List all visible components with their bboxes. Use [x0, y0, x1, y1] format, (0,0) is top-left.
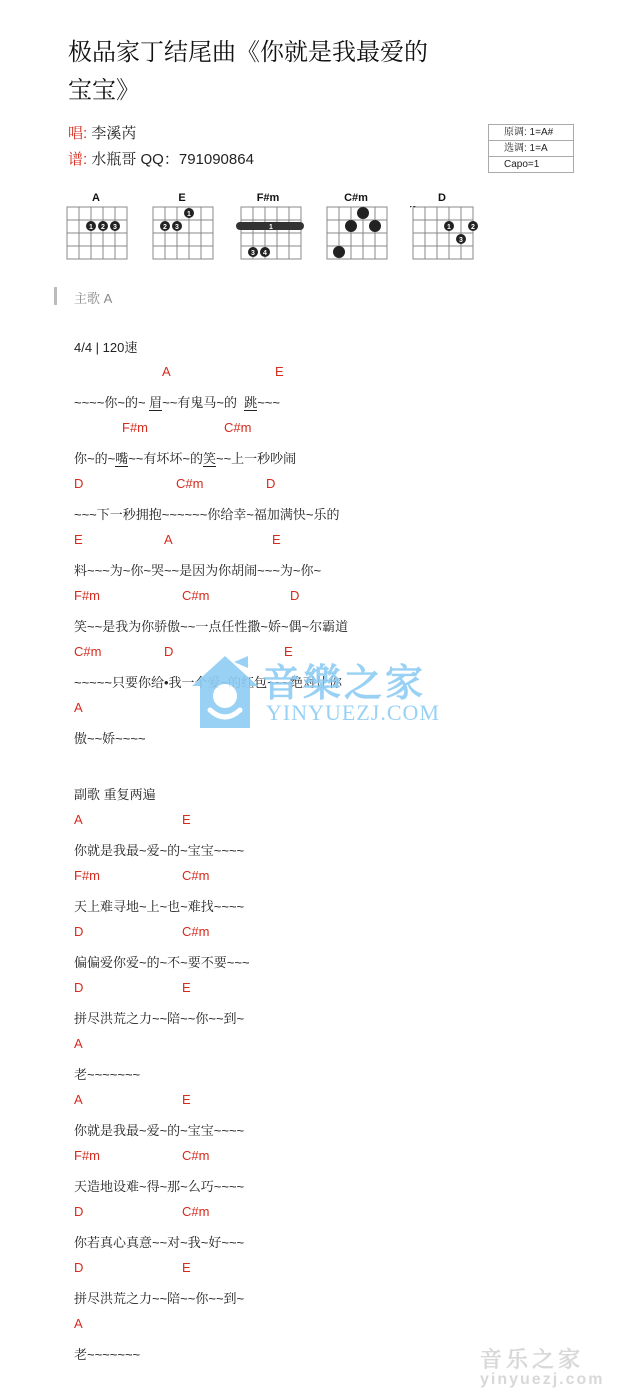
svg-text:3: 3: [113, 224, 117, 231]
arranger-line: 谱: 水瓶哥 QQ：791090864: [68, 148, 254, 169]
chord-label: D: [164, 644, 173, 659]
chord-label: A: [74, 1092, 83, 1107]
chord-row: D C#m: [74, 924, 81, 940]
fretboard-e-icon: 123: [150, 206, 214, 262]
svg-text:1: 1: [447, 224, 451, 231]
chord-row: F#m C#m: [74, 420, 81, 436]
chord-diagram-e: E 123: [150, 190, 214, 264]
chord-label: E: [182, 1092, 191, 1107]
svg-text:3: 3: [251, 250, 255, 257]
lyric-row: 料~~~为~你~哭~~是因为你胡闹~~~为~你~: [74, 560, 321, 579]
watermark: 音樂之家 YINYUEZJ.COM: [190, 652, 440, 732]
chord-label: C#m: [74, 644, 101, 659]
chord-name: E: [150, 192, 214, 204]
fretboard-a-icon: 123: [64, 206, 128, 262]
watermark-url: YINYUEZJ.COM: [266, 700, 440, 726]
chord-row: D C#m: [74, 1204, 81, 1220]
chord-row: F#m C#m: [74, 1148, 81, 1164]
chord-label: A: [74, 1036, 83, 1051]
chord-label: D: [74, 980, 83, 995]
chord-diagram-fsharp-m: F#m 134: [236, 190, 300, 264]
chord-label: A: [162, 364, 171, 379]
corner-url: yinyuezj.com: [480, 1371, 604, 1389]
fretboard-csharp-m-icon: [324, 206, 388, 262]
svg-text:1: 1: [89, 224, 93, 231]
chord-row: F#m C#m D: [74, 588, 81, 604]
lyric-row: 天上难寻地~上~也~难找~~~~: [74, 896, 244, 915]
fretboard-fsharp-m-icon: 134: [236, 206, 304, 262]
lyric-row: ~~~~~只要你给•我一个爱~的红包~~~绝对让你: [74, 672, 342, 691]
chord-name: C#m: [324, 192, 388, 204]
chord-row: F#m C#m: [74, 868, 81, 884]
chosen-key: 选调: 1=A: [489, 141, 574, 157]
corner-brand: 音乐之家: [480, 1343, 584, 1374]
svg-text:4: 4: [263, 250, 267, 257]
svg-text:3: 3: [459, 237, 463, 244]
svg-text:2: 2: [471, 224, 475, 231]
lyric-row: ~~~~你~的~ 眉~~有鬼马~的 跳~~~: [74, 392, 280, 411]
singer-name: 李溪芮: [91, 125, 136, 142]
singer-line: 唱: 李溪芮: [68, 122, 136, 143]
section-title-chorus: 副歌 重复两遍: [74, 784, 156, 803]
chord-label: D: [74, 476, 83, 491]
chord-row: A: [74, 1316, 81, 1332]
chord-label: C#m: [182, 588, 209, 603]
lyric-row: 拼尽洪荒之力~~陪~~你~~到~: [74, 1288, 244, 1307]
section-title-verse: 主歌 A: [74, 288, 112, 307]
chord-diagram-csharp-m: C#m: [324, 190, 388, 264]
chord-label: C#m: [182, 924, 209, 939]
chord-label: E: [275, 364, 284, 379]
arranger-name: 水瓶哥 QQ：791090864: [91, 151, 254, 168]
chord-label: C#m: [182, 1204, 209, 1219]
chord-label: F#m: [74, 588, 100, 603]
svg-text:3: 3: [175, 224, 179, 231]
svg-text:1: 1: [269, 224, 273, 231]
lyric-row: 拼尽洪荒之力~~陪~~你~~到~: [74, 1008, 244, 1027]
chord-label: A: [74, 812, 83, 827]
chord-row: A E: [74, 812, 81, 828]
lyric-row: 老~~~~~~~: [74, 1344, 140, 1363]
chord-label: C#m: [182, 868, 209, 883]
chord-label: D: [266, 476, 275, 491]
chord-label: E: [74, 532, 83, 547]
lyric-row: 你~的~嘴~~有坏坏~的笑~~上一秒吵闹: [74, 448, 296, 467]
svg-text:2: 2: [163, 224, 167, 231]
chord-row: E A E: [74, 532, 81, 548]
chord-row: C#m D E: [74, 644, 81, 660]
fretboard-d-icon: 123: [410, 206, 480, 262]
chord-label: A: [164, 532, 173, 547]
lyric-row: 你若真心真意~~对~我~好~~~: [74, 1232, 244, 1251]
arranger-label: 谱:: [68, 151, 87, 168]
chord-row: A: [74, 700, 81, 716]
chord-name: F#m: [236, 192, 300, 204]
svg-text:1: 1: [187, 211, 191, 218]
section-marker: [54, 287, 57, 305]
lyric-row: 偏偏爱你爱~的~不~要不要~~~: [74, 952, 250, 971]
tempo-label: 4/4 | 120速: [74, 337, 137, 356]
singer-label: 唱:: [68, 125, 87, 142]
chord-label: F#m: [74, 868, 100, 883]
chord-label: C#m: [176, 476, 203, 491]
lyric-row: ~~~下一秒拥抱~~~~~~你给幸~福加满快~乐的: [74, 504, 340, 523]
lyric-row: 你就是我最~爱~的~宝宝~~~~: [74, 1120, 244, 1139]
lyric-row: 傲~~娇~~~~: [74, 728, 146, 747]
chord-label: A: [74, 1316, 83, 1331]
chord-label: A: [74, 700, 83, 715]
chord-label: D: [74, 924, 83, 939]
house-music-logo-icon: [190, 652, 260, 732]
chord-row: A: [74, 1036, 81, 1052]
chord-label: D: [290, 588, 299, 603]
chord-label: D: [74, 1260, 83, 1275]
chord-label: E: [272, 532, 281, 547]
corner-logo: 音乐之家 yinyuezj.com: [480, 1343, 620, 1393]
chord-row: D E: [74, 980, 81, 996]
key-info-table: 原调: 1=A# 选调: 1=A Capo=1: [488, 124, 574, 173]
song-title: 极品家丁结尾曲《你就是我最爱的宝宝》: [68, 34, 428, 110]
lyric-row: 你就是我最~爱~的~宝宝~~~~: [74, 840, 244, 859]
chord-label: E: [284, 644, 293, 659]
chord-label: E: [182, 980, 191, 995]
chord-diagram-a: A 123: [64, 190, 128, 264]
chord-diagram-d: D 123: [410, 190, 474, 264]
chord-label: C#m: [224, 420, 251, 435]
chord-diagrams: A 123 E 123: [0, 190, 628, 265]
chord-label: F#m: [122, 420, 148, 435]
lyric-row: 老~~~~~~~: [74, 1064, 140, 1083]
chord-name: D: [410, 192, 474, 204]
chord-row: D E: [74, 1260, 81, 1276]
chord-row: A E: [74, 364, 81, 380]
chord-label: C#m: [182, 1148, 209, 1163]
chord-label: E: [182, 812, 191, 827]
chord-label: F#m: [74, 1148, 100, 1163]
chord-label: D: [74, 1204, 83, 1219]
original-key: 原调: 1=A#: [489, 125, 574, 141]
chord-row: A E: [74, 1092, 81, 1108]
lyric-row: 天造地设难~得~那~么巧~~~~: [74, 1176, 244, 1195]
chord-row: D C#m D: [74, 476, 81, 492]
svg-text:2: 2: [101, 224, 105, 231]
capo: Capo=1: [489, 157, 574, 173]
lyric-row: 笑~~是我为你骄傲~~一点任性撒~娇~偶~尔霸道: [74, 616, 348, 635]
chord-name: A: [64, 192, 128, 204]
chord-label: E: [182, 1260, 191, 1275]
